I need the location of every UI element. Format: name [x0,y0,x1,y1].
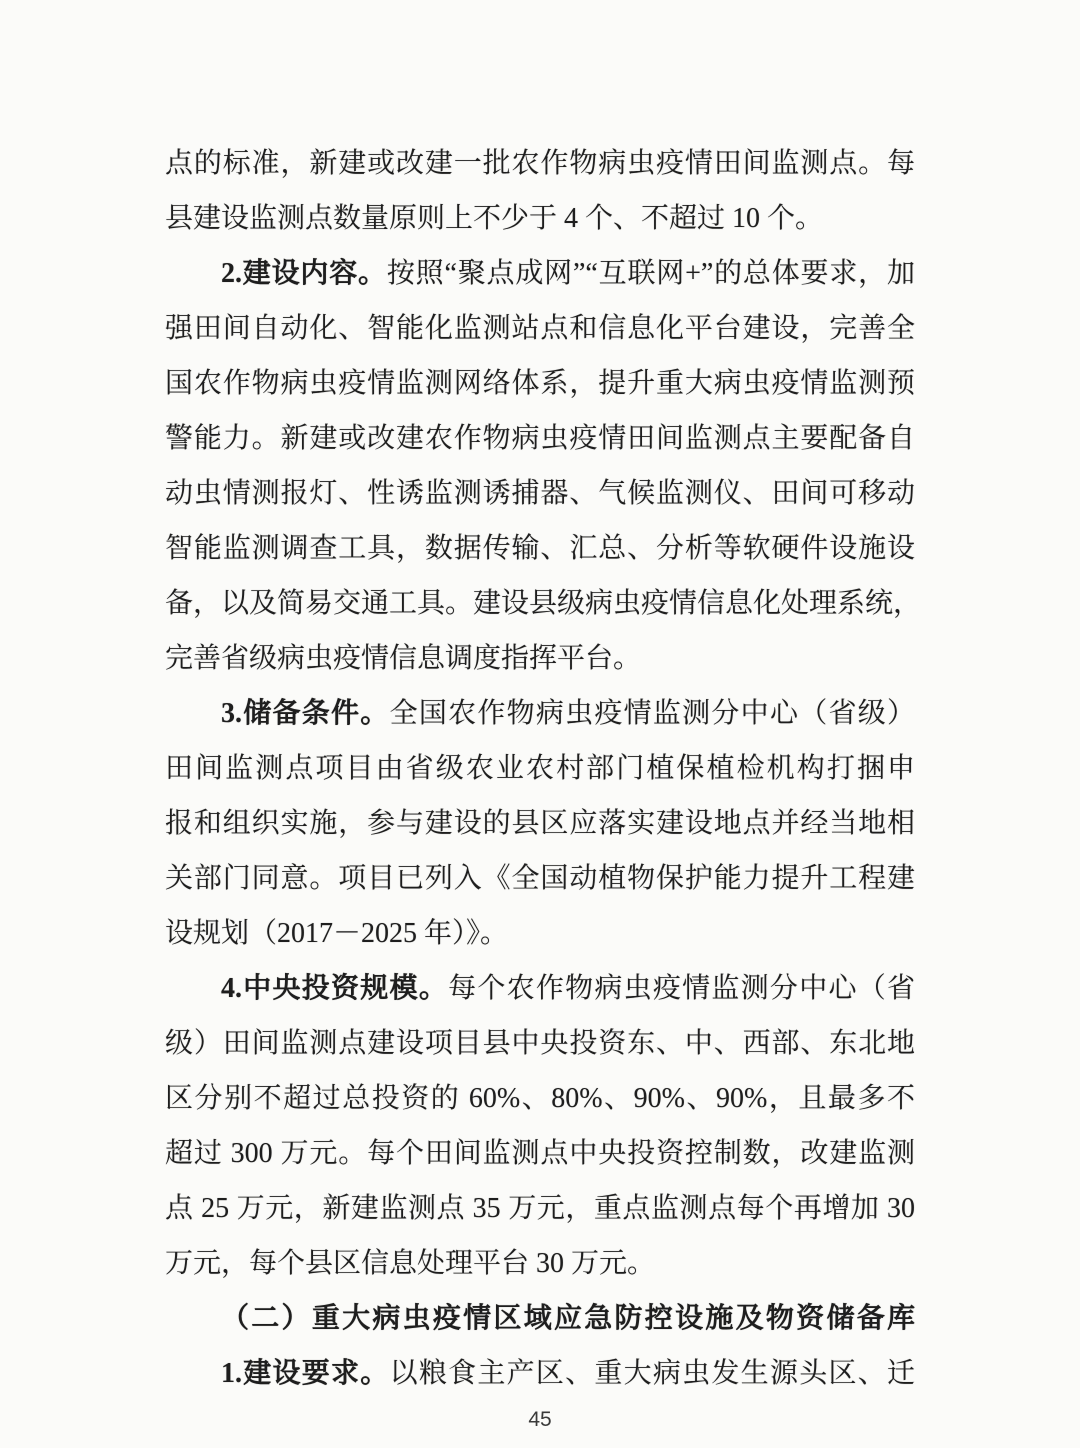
text-line: 1.建设要求。以粮食主产区、重大病虫发生源头区、迁 [165,1346,915,1401]
body-text-segment: 完善省级病虫疫情信息调度指挥平台。 [165,643,641,674]
bold-lead-text: 2.建设内容。 [221,258,387,289]
body-text-segment: 动虫情测报灯、性诱监测诱捕器、气候监测仪、田间可移动 [165,478,915,509]
text-line: 动虫情测报灯、性诱监测诱捕器、气候监测仪、田间可移动 [165,466,915,521]
bold-lead-text: 1.建设要求。 [221,1358,390,1389]
document-page: 点的标准，新建或改建一批农作物病虫疫情田间监测点。每县建设监测点数量原则上不少于… [0,0,1080,1448]
body-text-segment: 超过 300 万元。每个田间监测点中央投资控制数，改建监测 [165,1138,915,1169]
document-body: 点的标准，新建或改建一批农作物病虫疫情田间监测点。每县建设监测点数量原则上不少于… [165,136,915,1401]
text-line: 田间监测点项目由省级农业农村部门植保植检机构打捆申 [165,741,915,796]
bold-lead-text: 3.储备条件。 [221,698,390,729]
text-line: 国农作物病虫疫情监测网络体系，提升重大病虫疫情监测预 [165,356,915,411]
body-text-segment: 报和组织实施，参与建设的县区应落实建设地点并经当地相 [165,808,915,839]
text-line: 强田间自动化、智能化监测站点和信息化平台建设，完善全 [165,301,915,356]
body-text-segment: 县建设监测点数量原则上不少于 4 个、不超过 10 个。 [165,203,823,234]
body-text-segment: 田间监测点项目由省级农业农村部门植保植检机构打捆申 [165,753,915,784]
text-line: 级）田间监测点建设项目县中央投资东、中、西部、东北地 [165,1016,915,1071]
text-line: 2.建设内容。按照“聚点成网”“互联网+”的总体要求，加 [165,246,915,301]
body-text-segment: 智能监测调查工具，数据传输、汇总、分析等软硬件设施设 [165,533,915,564]
body-text-segment: 设规划（2017－2025 年）》。 [165,918,508,949]
text-line: 关部门同意。项目已列入《全国动植物保护能力提升工程建 [165,851,915,906]
text-line: 点的标准，新建或改建一批农作物病虫疫情田间监测点。每 [165,136,915,191]
text-line: 超过 300 万元。每个田间监测点中央投资控制数，改建监测 [165,1126,915,1181]
body-text-segment: 警能力。新建或改建农作物病虫疫情田间监测点主要配备自 [165,423,915,454]
body-text-segment: 备，以及简易交通工具。建设县级病虫疫情信息化处理系统， [165,588,921,619]
bold-lead-text: （二）重大病虫疫情区域应急防控设施及物资储备库 [221,1303,915,1334]
body-text-segment: 按照“聚点成网”“互联网+”的总体要求，加 [387,258,915,289]
text-line: 区分别不超过总投资的 60%、80%、90%、90%，且最多不 [165,1071,915,1126]
body-text-segment: 万元，每个县区信息处理平台 30 万元。 [165,1248,655,1279]
text-line: 完善省级病虫疫情信息调度指挥平台。 [165,631,915,686]
text-line: 3.储备条件。全国农作物病虫疫情监测分中心（省级） [165,686,915,741]
body-text-segment: 关部门同意。项目已列入《全国动植物保护能力提升工程建 [165,863,915,894]
text-line: 警能力。新建或改建农作物病虫疫情田间监测点主要配备自 [165,411,915,466]
text-line: 备，以及简易交通工具。建设县级病虫疫情信息化处理系统， [165,576,915,631]
text-line: 设规划（2017－2025 年）》。 [165,906,915,961]
body-text-segment: 以粮食主产区、重大病虫发生源头区、迁 [390,1358,915,1389]
text-line: 智能监测调查工具，数据传输、汇总、分析等软硬件设施设 [165,521,915,576]
bold-lead-text: 4.中央投资规模。 [221,973,448,1004]
body-text-segment: 每个农作物病虫疫情监测分中心（省 [448,973,915,1004]
text-line: 县建设监测点数量原则上不少于 4 个、不超过 10 个。 [165,191,915,246]
body-text-segment: 强田间自动化、智能化监测站点和信息化平台建设，完善全 [165,313,915,344]
body-text-segment: 全国农作物病虫疫情监测分中心（省级） [390,698,915,729]
text-line: 点 25 万元，新建监测点 35 万元，重点监测点每个再增加 30 [165,1181,915,1236]
text-line: 报和组织实施，参与建设的县区应落实建设地点并经当地相 [165,796,915,851]
body-text-segment: 国农作物病虫疫情监测网络体系，提升重大病虫疫情监测预 [165,368,915,399]
text-line: 万元，每个县区信息处理平台 30 万元。 [165,1236,915,1291]
page-number: 45 [0,1408,1080,1432]
body-text-segment: 区分别不超过总投资的 60%、80%、90%、90%，且最多不 [165,1083,915,1114]
body-text-segment: 点 25 万元，新建监测点 35 万元，重点监测点每个再增加 30 [165,1193,915,1224]
body-text-segment: 级）田间监测点建设项目县中央投资东、中、西部、东北地 [165,1028,915,1059]
text-line: 4.中央投资规模。每个农作物病虫疫情监测分中心（省 [165,961,915,1016]
text-line: （二）重大病虫疫情区域应急防控设施及物资储备库 [165,1291,915,1346]
body-text-segment: 点的标准，新建或改建一批农作物病虫疫情田间监测点。每 [165,148,915,179]
